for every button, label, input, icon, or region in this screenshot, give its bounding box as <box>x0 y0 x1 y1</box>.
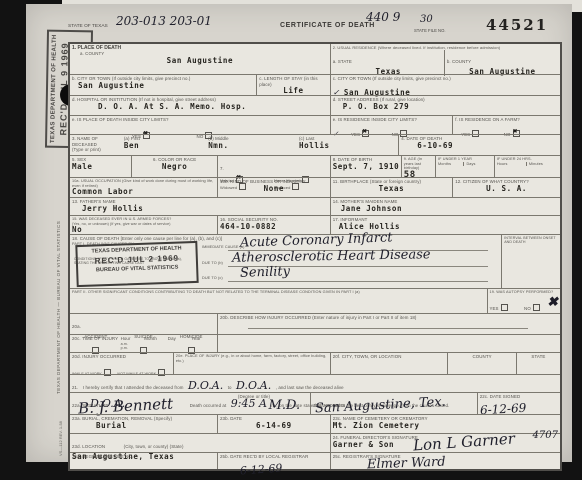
location-sub-label: (City, town, or county) (State) <box>124 444 184 449</box>
checkbox-autopsy-yes <box>501 304 508 311</box>
certify-text-2: , and last saw the deceased alive <box>276 385 344 390</box>
field-interval-onset-death: INTERVAL BETWEEN ONSET AND DEATH <box>501 235 560 288</box>
field-autopsy: 19. WAS AUTOPSY PERFORMED? YES NO ✖ <box>487 289 561 313</box>
field-marital-status: 7. Married✖ Widowed Never Married Divorc… <box>217 156 330 177</box>
due-to-b-label: DUE TO (b) <box>202 261 223 266</box>
scanned-death-certificate: TEXAS DEPARTMENT OF HEALTH REC'D JUL 9 1… <box>0 0 582 480</box>
field-armed-forces: 15. WAS DECEASED EVER IN U.S. ARMED FORC… <box>70 216 217 234</box>
injury-county-label: COUNTY <box>450 354 514 360</box>
funeral-director-signature-handwritten: Lon L Garner <box>412 429 515 454</box>
field-residence-city: c. CITY OR TOWN (If outside city limits,… <box>330 75 560 95</box>
row-accident: 20a. ACCIDENT SUICIDE HOMICIDE 20b. DESC… <box>70 313 560 334</box>
margin-vertical-text: TEXAS DEPARTMENT OF HEALTH — BUREAU OF V… <box>56 154 61 394</box>
due-to-c-label: DUE TO (c) <box>202 276 223 281</box>
informant-value: Alice Hollis <box>339 223 558 231</box>
row-sex-race-dob: 5. SEX Male 6. COLOR OR RACE Negro 7. Ma… <box>70 155 560 177</box>
injury-20b-label: 20b. DESCRIBE HOW INJURY OCCURRED (Enter… <box>220 315 558 321</box>
residence-county-label: b. COUNTY <box>447 59 471 64</box>
row-registrar: 25a. REGISTRAR'S FILE NO. 25b. DATE REC'… <box>70 452 560 469</box>
row-city: b. CITY OR TOWN (If outside city limits,… <box>70 74 560 95</box>
row-forces-ssn-informant: 15. WAS DECEASED EVER IN U.S. ARMED FORC… <box>70 215 560 234</box>
row-place-residence: 1. PLACE OF DEATH a. COUNTY San Augustin… <box>70 44 560 74</box>
field-age: 9. AGE (In years last birthday) 58 <box>401 156 435 177</box>
handwritten-x: ✖ <box>547 295 558 310</box>
name-sub-label: (Type or print) <box>72 147 124 153</box>
name-label: 3. NAME OF DECEASED <box>72 136 124 147</box>
field-place-of-death-county: 1. PLACE OF DEATH a. COUNTY San Augustin… <box>70 44 330 74</box>
row-hospital-street: d. HOSPITAL OR INSTITUTION (If not in ho… <box>70 95 560 115</box>
no-label: NO <box>524 306 531 311</box>
injury-20f-label: 20f. CITY, TOWN, OR LOCATION <box>333 354 446 360</box>
marital-label: 7. <box>220 166 224 171</box>
checkbox-autopsy-no <box>533 304 540 311</box>
field-citizen: 12. CITIZEN OF WHAT COUNTRY? U. S. A. <box>452 178 560 197</box>
state-of-texas-label: STATE OF TEXAS <box>68 24 108 29</box>
row-burial: 23a. BURIAL, CREMATION, REMOVAL (Specify… <box>70 414 560 433</box>
mother-name-value: Jane Johnson <box>341 205 558 213</box>
row-certification-statement: 21. I hereby certify that I attended the… <box>70 374 560 392</box>
date-of-birth-value: Sept. 7, 1910 <box>333 163 399 171</box>
field-usual-residence: 2. USUAL RESIDENCE (Where deceased lived… <box>330 44 560 74</box>
year-label: Year <box>191 336 215 342</box>
field-mother-name: 14. MOTHER'S MAIDEN NAME Jane Johnson <box>330 198 560 215</box>
minutes-label: Minutes <box>526 162 558 167</box>
field-place-city: b. CITY OR TOWN (If outside city limits,… <box>70 75 256 95</box>
row-part2-autopsy: PART II. OTHER SIGNIFICANT CONDITIONS CO… <box>70 288 560 313</box>
last-name-value: Hollis <box>299 142 396 150</box>
field-injury-city: 20f. CITY, TOWN, OR LOCATION <box>330 353 448 374</box>
field-cause-of-death: 18. CAUSE OF DEATH [Enter only one cause… <box>70 235 501 288</box>
field-injury-occurred: 20d. INJURY OCCURRED WHILE AT WORK NOT W… <box>70 353 173 374</box>
injury-state-label: STATE <box>519 354 558 360</box>
injury-20a-label: 20a. <box>72 324 81 329</box>
ssn-value: 464-10-0882 <box>220 223 328 231</box>
county-value: San Augustine <box>72 57 328 65</box>
field-place-of-injury: 20e. PLACE OF INJURY (e.g., in or about … <box>173 353 330 374</box>
place-city-value: San Augustine <box>78 82 254 90</box>
field-time-of-injury: 20c. TIME OF INJURY Hour a.m. p.m. Month… <box>70 335 217 352</box>
cause-line-c-handwritten: Senility <box>240 264 291 281</box>
field-if-under-24-hrs: IF UNDER 24 HRS. Hours Minutes <box>494 156 560 177</box>
field-burial-date: 23b. DATE 6-14-69 <box>217 415 330 433</box>
days-label: Days <box>463 162 491 167</box>
am-label: a.m. <box>121 342 128 346</box>
citizen-value: U. S. A. <box>455 185 558 193</box>
certificate-paper: TEXAS DEPARTMENT OF HEALTH REC'D JUL 9 1… <box>26 4 572 462</box>
row-location-director: 23d. LOCATION (City, town, or county) (S… <box>70 433 560 452</box>
interval-label: INTERVAL BETWEEN ONSET AND DEATH <box>504 236 558 245</box>
field-part2-conditions: PART II. OTHER SIGNIFICANT CONDITIONS CO… <box>70 289 487 313</box>
field-accident-suicide-homicide: 20a. ACCIDENT SUICIDE HOMICIDE <box>70 314 217 334</box>
field-street-address: d. STREET ADDRESS (If rural, give locati… <box>330 96 560 115</box>
field-injury-county: COUNTY <box>447 353 516 374</box>
injury-20d-label: 20d. INJURY OCCURRED <box>72 354 171 360</box>
field-father-name: 13. FATHER'S NAME Jerry Hollis <box>70 198 330 215</box>
handwritten-30: 30 <box>420 14 433 25</box>
injury-20e-label: 20e. PLACE OF INJURY (e.g., in or about … <box>176 354 328 363</box>
certify-text-1: I hereby certify that I attended the dec… <box>83 385 184 390</box>
field-cemetery: 23c. NAME OF CEMETERY OR CREMATORY Mt. Z… <box>330 415 560 433</box>
state-file-no-label: STATE FILE NO. <box>414 28 446 33</box>
business-value: None <box>220 185 328 193</box>
field-if-under-1-year: IF UNDER 1 YEAR Months Days <box>435 156 494 177</box>
race-value: Negro <box>134 163 215 171</box>
field-funeral-director: 24. FUNERAL DIRECTOR'S SIGNATURE Garner … <box>330 434 560 452</box>
field-date-recd-local-registrar: 25b. DATE REC'D BY LOCAL REGISTRAR 6-12-… <box>217 453 330 469</box>
date-signed-label: 22c. DATE SIGNED <box>480 394 558 400</box>
injury-20c-label: 20c. TIME OF INJURY <box>72 336 121 342</box>
pm-label: p.m. <box>121 346 128 350</box>
field-business: 10b. KIND OF BUSINESS OR INDUSTRY None <box>217 178 330 197</box>
date-of-death-value: 6-10-69 <box>417 142 558 150</box>
form-number: VS—112 REV. 1-58 <box>58 396 63 456</box>
cause-line-b-handwritten: Atherosclerotic Heart Disease <box>232 247 431 265</box>
hours-label: Hours <box>497 162 526 167</box>
hospital-value: D. O. A. At S. A. Memo. Hosp. <box>98 103 328 111</box>
day-label: Day <box>168 336 192 342</box>
field-ssn: 16. SOCIAL SECURITY NO. 464-10-0882 <box>217 216 330 234</box>
row-cause-of-death: 18. CAUSE OF DEATH [Enter only one cause… <box>70 234 560 288</box>
field-describe-injury-continued <box>217 335 560 352</box>
field-burial-type: 23a. BURIAL, CREMATION, REMOVAL (Specify… <box>70 415 217 433</box>
field-residence-inside-limits: e. IS RESIDENCE INSIDE CITY LIMITS? ✓ YE… <box>330 116 453 134</box>
certify-to-label: to <box>228 385 232 390</box>
registrar-signature-handwritten: Elmer Ward <box>366 455 445 473</box>
row-physician-signature: 22a. SIGNATURE (Degree or title) B. J. B… <box>70 392 560 414</box>
field-place-inside-limits: e. IS PLACE OF DEATH INSIDE CITY LIMITS?… <box>70 116 330 134</box>
field-date-of-birth: 8. DATE OF BIRTH Sept. 7, 1910 <box>330 156 401 177</box>
handwritten-number: 440 9 <box>366 10 400 24</box>
degree-handwritten: M.D. <box>269 398 301 413</box>
first-name-value: Ben <box>124 142 208 150</box>
field-length-of-stay: c. LENGTH OF STAY (in this place) Life <box>256 75 330 95</box>
middle-name-value: Nmn. <box>208 142 299 150</box>
field-occupation: 10a. USUAL OCCUPATION (Give kind of work… <box>70 178 217 197</box>
burial-date-value: 6-14-69 <box>220 422 328 430</box>
field-physician-address: 22b. ADDRESS San Augustine, Tex. <box>310 393 477 414</box>
age-label: 9. AGE (In years last birthday) <box>404 157 433 171</box>
row-city-limits: e. IS PLACE OF DEATH INSIDE CITY LIMITS?… <box>70 115 560 134</box>
degree-label: (Degree or title) <box>238 394 270 400</box>
location-label: 23d. LOCATION <box>72 444 105 449</box>
certificate-form: 1. PLACE OF DEATH a. COUNTY San Augustin… <box>68 42 562 471</box>
certify-to-handwritten: D.O.A. <box>236 379 271 392</box>
occupation-value: Common Labor <box>72 188 215 196</box>
certificate-title: CERTIFICATE OF DEATH <box>280 22 375 29</box>
length-of-stay-value: Life <box>259 87 328 95</box>
cemetery-value: Mt. Zion Cemetery <box>333 422 558 430</box>
part2-label: PART II. OTHER SIGNIFICANT CONDITIONS CO… <box>72 290 485 295</box>
date-recd-label: 25b. DATE REC'D BY LOCAL REGISTRAR <box>220 454 328 460</box>
field-registrar-signature: 25c. REGISTRAR'S SIGNATURE Elmer Ward <box>330 453 560 469</box>
field-sex: 5. SEX Male <box>70 156 131 177</box>
field-physician-signature: 22a. SIGNATURE (Degree or title) B. J. B… <box>70 393 310 414</box>
field-race: 6. COLOR OR RACE Negro <box>131 156 217 177</box>
field-hospital: d. HOSPITAL OR INSTITUTION (If not in ho… <box>70 96 330 115</box>
field-residence-on-farm: f. IS RESIDENCE ON A FARM? YES NO✖ <box>452 116 560 134</box>
father-name-value: Jerry Hollis <box>82 205 328 213</box>
row-injury-place: 20d. INJURY OCCURRED WHILE AT WORK NOT W… <box>70 352 560 374</box>
month-label: Month <box>144 336 168 342</box>
row-name-dod: 3. NAME OF DECEASED (Type or print) (a) … <box>70 134 560 155</box>
birthplace-value: Texas <box>333 185 451 193</box>
months-label: Months <box>438 162 463 167</box>
residence-state-label: a. STATE <box>333 59 352 64</box>
field-birthplace: 11. BIRTHPLACE (State or foreign country… <box>330 178 453 197</box>
street-address-value: P. O. Box 279 <box>343 103 558 111</box>
date-recd-handwritten: 6-12-69 <box>240 461 283 477</box>
field-date-signed: 22c. DATE SIGNED 6-12-69 <box>477 393 560 414</box>
field-date-of-death: 4. DATE OF DEATH 6-10-69 <box>398 135 560 155</box>
burial-type-value: Burial <box>96 422 215 430</box>
state-file-number: 44521 <box>486 16 548 34</box>
field-describe-injury: 20b. DESCRIBE HOW INJURY OCCURRED (Enter… <box>217 314 560 334</box>
yes-label: YES <box>490 306 499 311</box>
row-time-of-injury: 20c. TIME OF INJURY Hour a.m. p.m. Month… <box>70 334 560 352</box>
row-occupation: 10a. USUAL OCCUPATION (Give kind of work… <box>70 177 560 197</box>
field-certification-statement: 21. I hereby certify that I attended the… <box>70 375 560 392</box>
certify-21-label: 21. <box>72 385 78 390</box>
registrar-file-no-label: 25a. REGISTRAR'S FILE NO. <box>72 454 215 460</box>
received-stamp-inner: TEXAS DEPARTMENT OF HEALTH REC'D JUL 2 1… <box>75 241 198 287</box>
certify-from-handwritten: D.O.A. <box>188 379 223 392</box>
field-injury-state: STATE <box>516 353 560 374</box>
field-registrar-file-no: 25a. REGISTRAR'S FILE NO. <box>70 453 217 469</box>
sex-value: Male <box>72 163 129 171</box>
handwritten-codes: 203-013 203-01 <box>116 14 212 28</box>
field-name-of-deceased: 3. NAME OF DECEASED (Type or print) (a) … <box>70 135 398 155</box>
field-burial-location: 23d. LOCATION (City, town, or county) (S… <box>70 434 330 452</box>
row-parents: 13. FATHER'S NAME Jerry Hollis 14. MOTHE… <box>70 197 560 215</box>
place-limits-label: e. IS PLACE OF DEATH INSIDE CITY LIMITS? <box>72 117 328 123</box>
funeral-director-number-handwritten: 4707 <box>533 430 558 441</box>
certificate-header: STATE OF TEXAS 203-013 203-01 CERTIFICAT… <box>68 16 562 40</box>
